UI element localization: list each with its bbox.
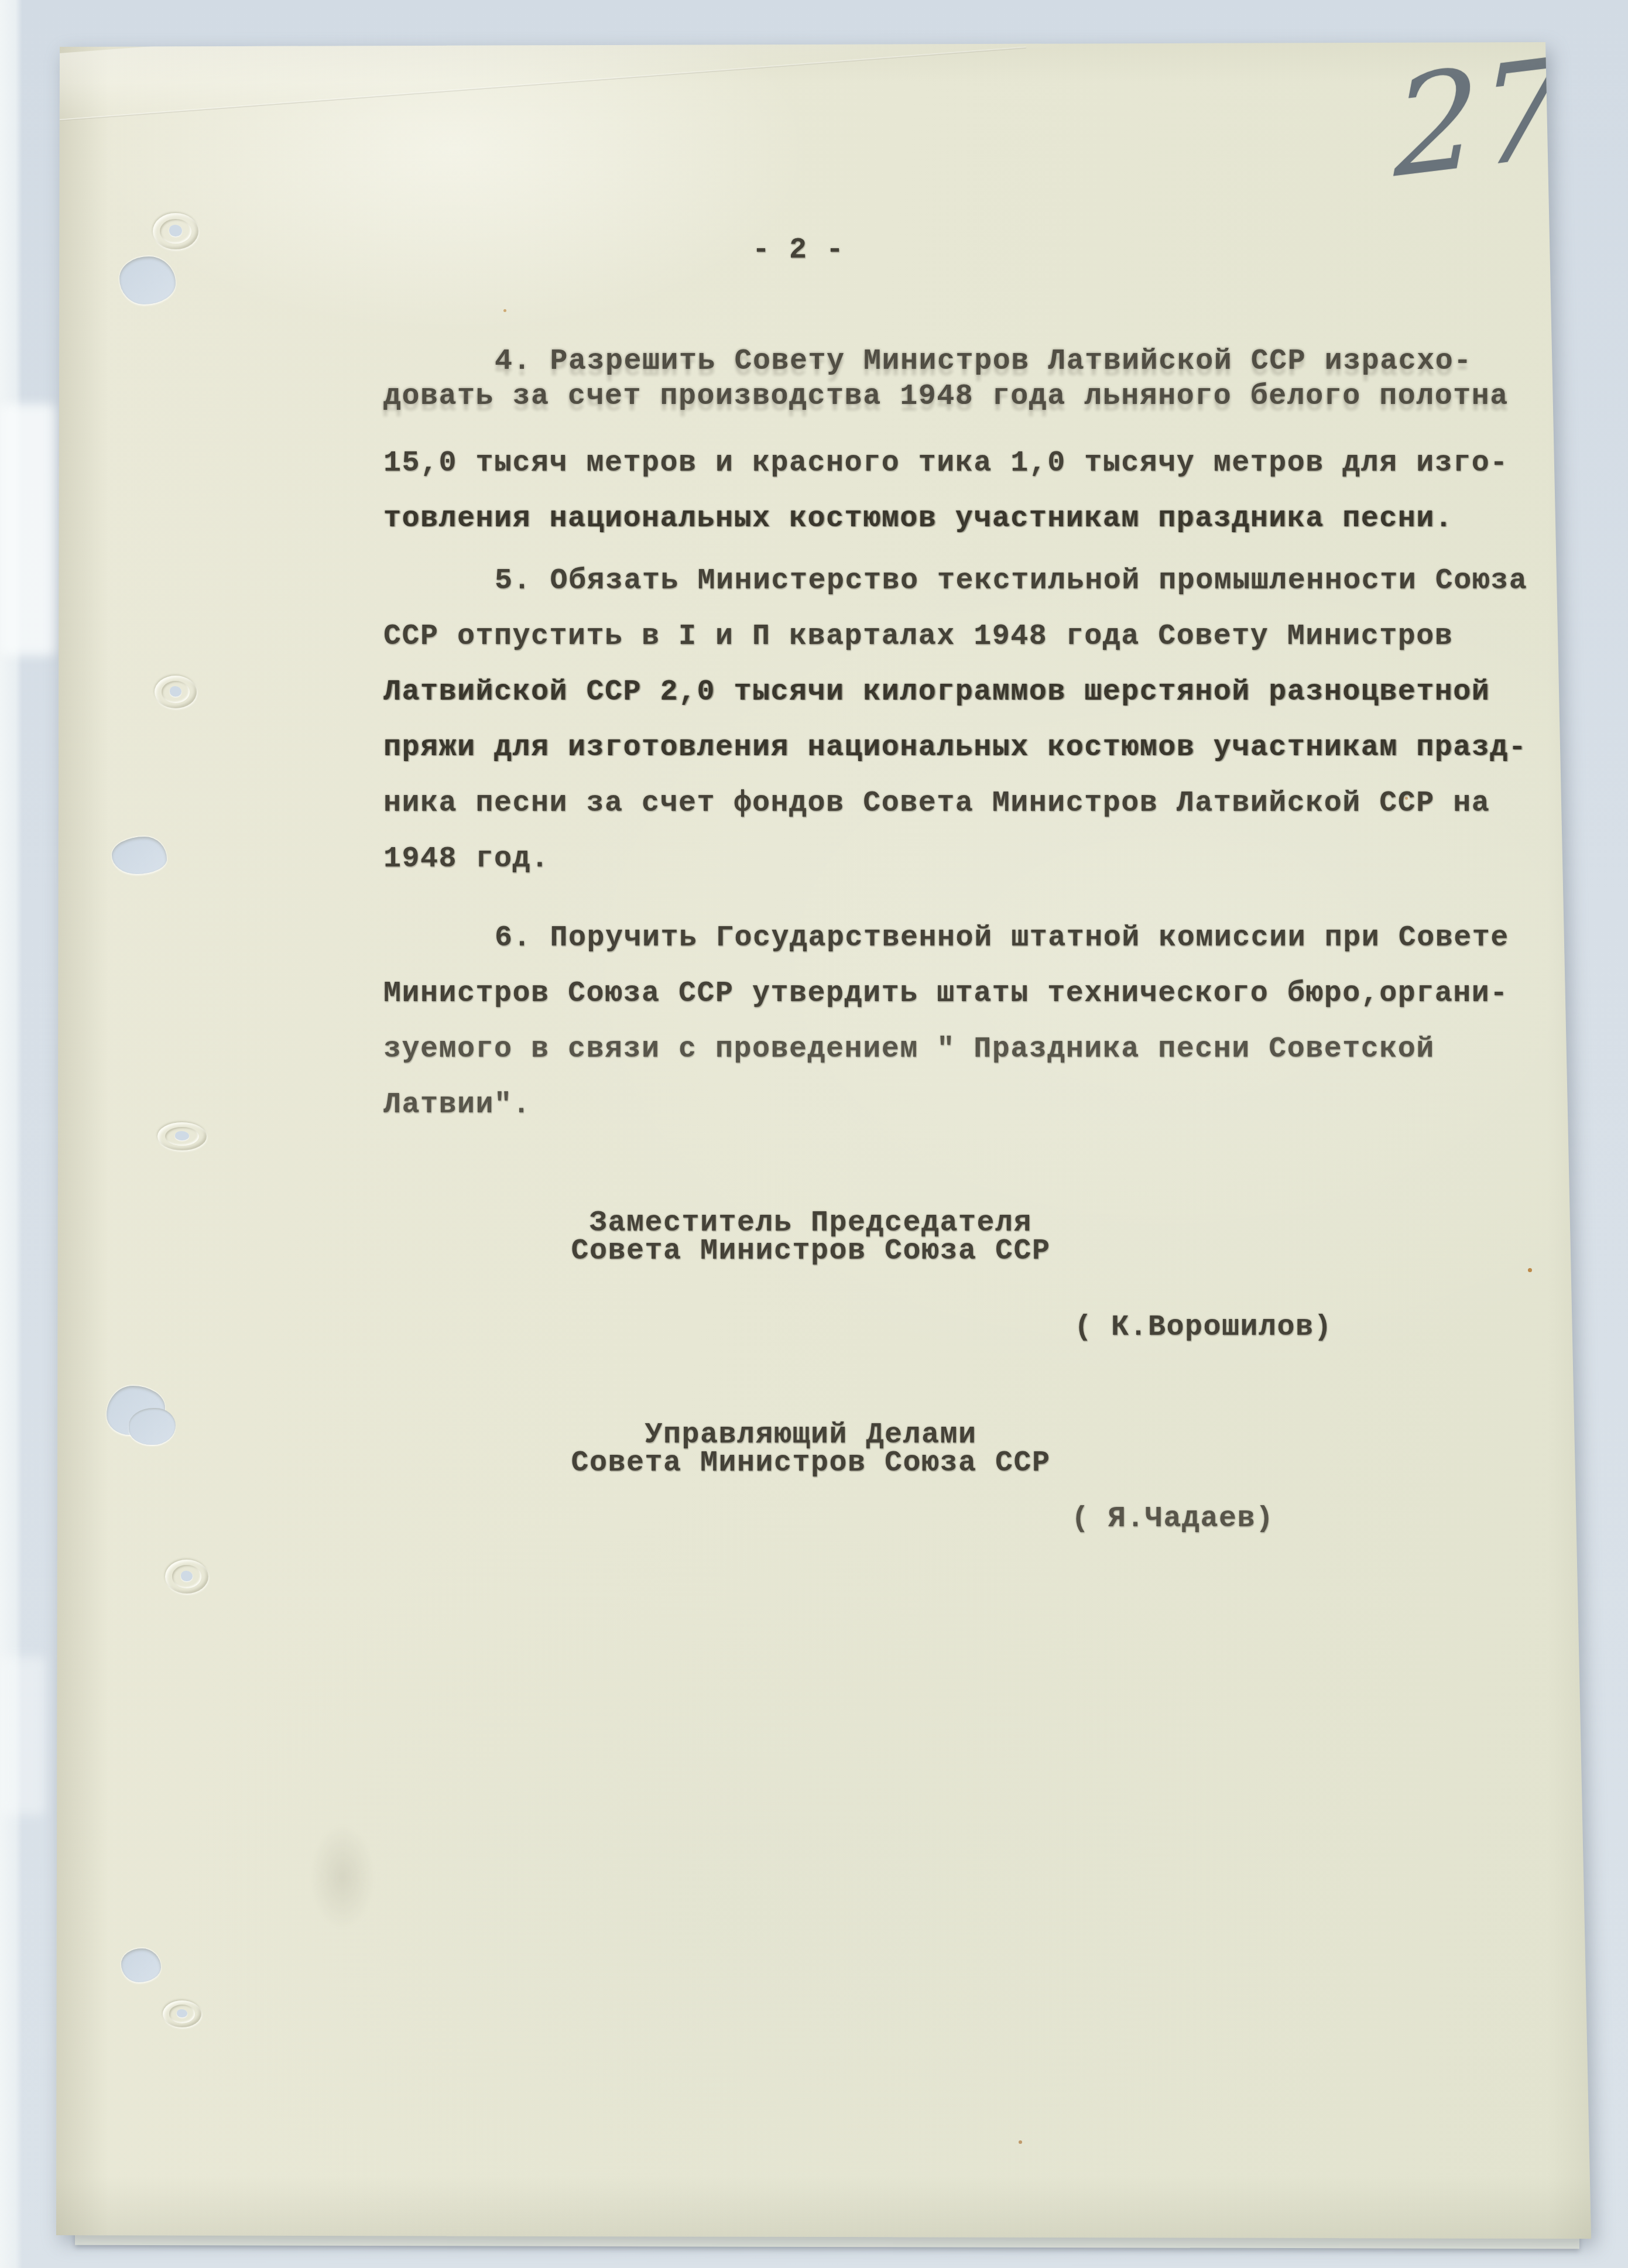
typewritten-line: ССР отпустить в I и П кварталах 1948 год…: [383, 619, 1453, 655]
fold-highlight: [50, 0, 1060, 124]
typewritten-line: ника песни за счет фондов Совета Министр…: [383, 786, 1490, 821]
signature-title-line: Совета Министров Союза ССР: [460, 1234, 1162, 1269]
page-number-header: - 2 -: [752, 233, 845, 268]
typewritten-line: Министров Союза ССР утвердить штаты техн…: [383, 977, 1509, 1012]
paper-speck: [1528, 1268, 1532, 1272]
torn-punch-hole: [107, 1386, 165, 1435]
handwritten-page-number: 27: [1394, 39, 1565, 197]
punch-emboss-mark: [155, 676, 197, 708]
punch-emboss-mark: [153, 213, 198, 249]
paper-speck: [1019, 2140, 1022, 2144]
punch-emboss-mark: [157, 1122, 207, 1150]
punch-emboss-mark: [165, 1560, 208, 1594]
paper-speck: [503, 309, 506, 312]
typewritten-line: 1948 год.: [383, 842, 550, 877]
torn-punch-hole: [121, 1948, 161, 1982]
typewritten-line: 5. Обязать Министерство текстильной пром…: [495, 564, 1527, 599]
signature-name: ( К.Ворошилов): [1074, 1310, 1332, 1345]
torn-punch-hole: [119, 256, 176, 304]
typewritten-line: пряжи для изготовления национальных кост…: [383, 731, 1527, 766]
typewritten-line: 15,0 тысяч метров и красного тика 1,0 ты…: [383, 446, 1509, 481]
typewritten-line: Латвии".: [383, 1088, 531, 1123]
paper-shadow-wrap: 27 - 2 - 4. Разрешить Совету Министров Л…: [0, 0, 1628, 2268]
typewritten-line: Латвийской ССР 2,0 тысячи килограммов ше…: [383, 675, 1490, 710]
punch-emboss-mark: [163, 2000, 201, 2027]
scanned-archival-document: { "document": { "handwritten_page_number…: [0, 0, 1628, 2268]
document-page: 27 - 2 - 4. Разрешить Совету Министров Л…: [53, 39, 1593, 2242]
typewritten-line: 6. Поручить Государственной штатной коми…: [495, 921, 1509, 956]
faint-smudge: [310, 1824, 375, 1930]
typewritten-line: зуемого в связи с проведением " Праздник…: [383, 1032, 1435, 1067]
typewritten-line: товления национальных костюмов участника…: [383, 502, 1453, 537]
typewritten-line: 4. Разрешить Совету Министров Латвийской…: [495, 344, 1472, 379]
typewritten-line: довать за счет производства 1948 года ль…: [383, 379, 1509, 414]
signature-name: ( Я.Чадаев): [1071, 1502, 1274, 1537]
signature-title-line: Совета Министров Союза ССР: [460, 1446, 1162, 1481]
torn-punch-hole: [112, 837, 167, 874]
